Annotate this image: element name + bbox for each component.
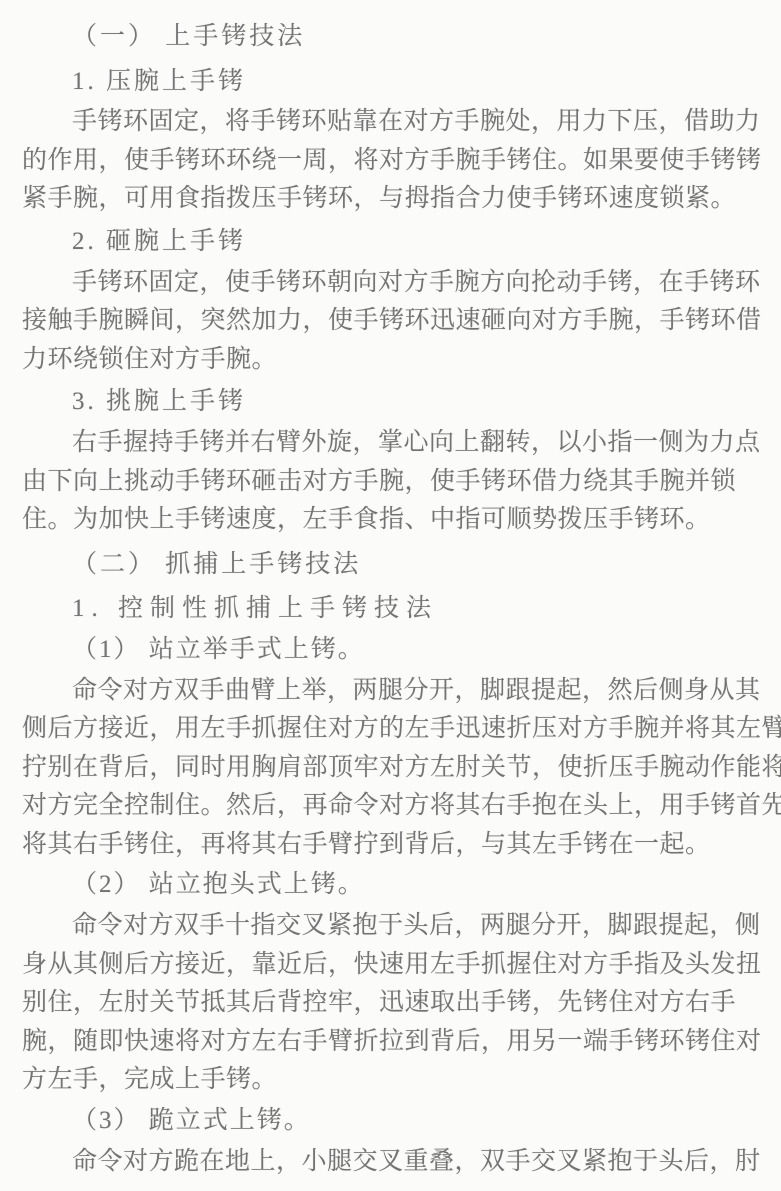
book-page: （一） 上手铐技法1. 压腕上手铐手铐环固定，将手铐环贴靠在对方手腕处，用力下压… bbox=[0, 0, 781, 1191]
text-line: 对方完全控制住。然后，再命令对方将其右手抱在头上，用手铐首先 bbox=[22, 787, 751, 826]
heading-sub-3: 3. 挑腕上手铐 bbox=[22, 383, 751, 422]
text-line: 由下向上挑动手铐环砸击对方手腕，使手铐环借力绕其手腕并锁 bbox=[22, 463, 751, 502]
text-line: 的作用，使手铐环环绕一周，将对方手腕手铐住。如果要使手铐铐 bbox=[22, 142, 751, 181]
heading-item-2: （2） 站立抱头式上铐。 bbox=[22, 866, 751, 905]
heading-sub-4: 1. 控制性抓捕上手铐技法 bbox=[22, 590, 751, 629]
text-line: 别住，左肘关节抵其后背控牢，迅速取出手铐，先铐住对方右手 bbox=[22, 984, 751, 1023]
text-line: 将其右手铐住，再将其右手臂拧到背后，与其左手铐在一起。 bbox=[22, 826, 751, 865]
heading-item-3: （3） 跪立式上铐。 bbox=[22, 1102, 751, 1141]
text-line: 手铐环固定，将手铐环贴靠在对方手腕处，用力下压，借助力 bbox=[22, 103, 751, 142]
text-line: 命令对方双手曲臂上举，两腿分开，脚跟提起，然后侧身从其 bbox=[22, 672, 751, 711]
text-line: 力环绕锁住对方手腕。 bbox=[22, 341, 751, 380]
text-line: 接触手腕瞬间，突然加力，使手铐环迅速砸向对方手腕，手铐环借 bbox=[22, 302, 751, 341]
heading-item-1: （1） 站立举手式上铐。 bbox=[22, 631, 751, 670]
text-line: 身从其侧后方接近，靠近后，快速用左手抓握住对方手指及头发扭 bbox=[22, 946, 751, 985]
text-line: 命令对方跪在地上，小腿交叉重叠，双手交叉紧抱于头后，肘 bbox=[22, 1143, 751, 1182]
text-line: 拧别在背后，同时用胸肩部顶牢对方左肘关节，使折压手腕动作能将 bbox=[22, 749, 751, 788]
heading-sub-1: 1. 压腕上手铐 bbox=[22, 63, 751, 102]
text-line: 方左手，完成上手铐。 bbox=[22, 1061, 751, 1100]
heading-sub-2: 2. 砸腕上手铐 bbox=[22, 223, 751, 262]
text-line: 手铐环固定，使手铐环朝向对方手腕方向抡动手铐，在手铐环 bbox=[22, 264, 751, 303]
text-line: 腕，随即快速将对方左右手臂折拉到背后，用另一端手铐环铐住对 bbox=[22, 1023, 751, 1062]
heading-section-1: （一） 上手铐技法 bbox=[22, 18, 751, 57]
text-line: 住。为加快上手铐速度，左手食指、中指可顺势拨压手铐环。 bbox=[22, 501, 751, 540]
heading-section-2: （二） 抓捕上手铐技法 bbox=[22, 546, 751, 585]
text-line: 命令对方双手十指交叉紧抱于头后，两腿分开，脚跟提起，侧 bbox=[22, 907, 751, 946]
text-line: 右手握持手铐并右臂外旋，掌心向上翻转，以小指一侧为力点 bbox=[22, 424, 751, 463]
text-line: 紧手腕，可用食指拨压手铐环，与拇指合力使手铐环速度锁紧。 bbox=[22, 180, 751, 219]
text-line: 侧后方接近，用左手抓握住对方的左手迅速折压对方手腕并将其左臂 bbox=[22, 710, 751, 749]
